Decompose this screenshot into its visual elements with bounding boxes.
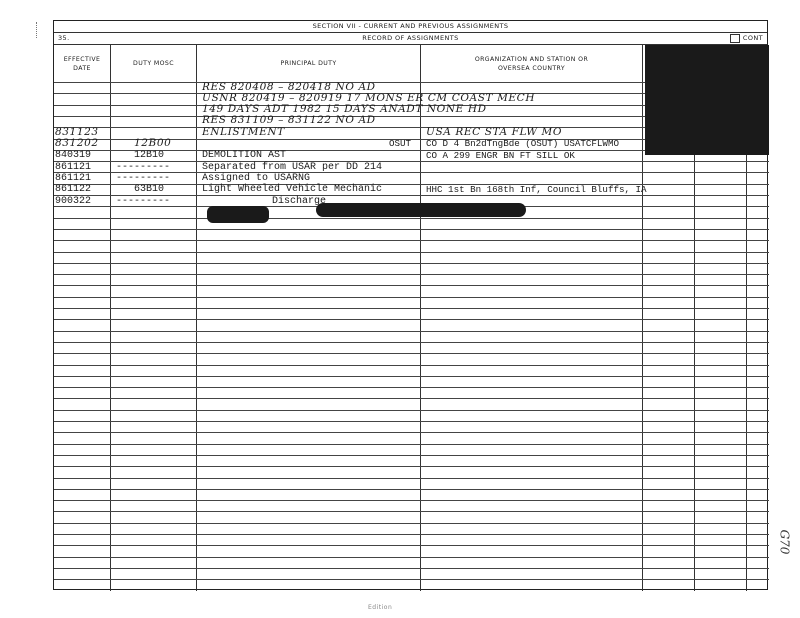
ruled-line <box>54 274 769 275</box>
ruled-line <box>54 523 769 524</box>
ruled-line <box>54 534 769 535</box>
effective-date-cell: 831202 <box>55 138 99 149</box>
redaction-bar-left <box>207 206 269 223</box>
organization-cell: USA REC STA FLW MO <box>426 127 562 138</box>
record-of-assignments-form: SECTION VII - CURRENT AND PREVIOUS ASSIG… <box>53 20 768 590</box>
redaction-bar-right <box>316 203 526 217</box>
item-number: 35. <box>58 32 70 44</box>
ruled-line <box>54 297 769 298</box>
organization-cell: CO A 299 ENGR BN FT SILL OK <box>426 150 575 161</box>
ruled-line <box>54 252 769 253</box>
duty-mosc-cell: --------- <box>116 162 170 173</box>
principal-duty-cell: Light Wheeled Vehicle Mechanic <box>202 184 382 195</box>
ruled-line <box>54 466 769 467</box>
ruled-line <box>54 285 769 286</box>
effective-date-cell: 861121 <box>55 162 91 173</box>
ruled-line <box>54 410 769 411</box>
record-header-row: RECORD OF ASSIGNMENTS 35. CONT <box>54 32 767 45</box>
ruled-line <box>54 478 769 479</box>
ruled-line <box>54 342 769 343</box>
cont-checkbox[interactable]: CONT <box>730 33 763 43</box>
duty-mosc-cell: 63B10 <box>134 184 164 195</box>
organization-cell: CO D 4 Bn2dTngBde (OSUT) USATCFLWMO <box>426 138 619 149</box>
ruled-line <box>54 511 769 512</box>
ruled-line <box>54 319 769 320</box>
principal-duty-cell: Separated from USAR per DD 214 <box>202 162 382 173</box>
header-organization: ORGANIZATION AND STATION OR OVERSEA COUN… <box>421 45 642 82</box>
ruled-line <box>54 579 769 580</box>
ruled-line <box>54 557 769 558</box>
duty-mosc-cell: 12B00 <box>134 138 171 149</box>
header-effective-date: EFFECTIVE DATE <box>54 45 110 82</box>
ruled-line <box>54 387 769 388</box>
effective-date-cell: 840319 <box>55 150 91 161</box>
redaction-block <box>645 45 769 155</box>
organization-cell: HHC 1st Bn 168th Inf, Council Bluffs, IA <box>426 184 647 195</box>
form-footer: Edition <box>368 604 392 611</box>
margin-dots <box>36 22 38 38</box>
principal-duty-cell: ENLISTMENT <box>202 127 285 138</box>
ruled-line <box>54 229 769 230</box>
effective-date-cell: 861122 <box>55 184 91 195</box>
principal-duty-cell: OSUT <box>389 138 411 149</box>
checkbox-box[interactable] <box>730 34 740 43</box>
ruled-line <box>54 365 769 366</box>
header-duty-mosc: DUTY MOSC <box>111 45 196 82</box>
effective-date-cell: 900322 <box>55 196 91 207</box>
ruled-line <box>54 398 769 399</box>
ruled-line <box>54 331 769 332</box>
cont-label: CONT <box>743 33 763 43</box>
ruled-line <box>54 500 769 501</box>
ruled-line <box>54 455 769 456</box>
ruled-line <box>54 568 769 569</box>
margin-handwritten-note: G70 <box>777 530 791 555</box>
ruled-line <box>54 489 769 490</box>
duty-mosc-cell: 12B10 <box>134 150 164 161</box>
ruled-line <box>54 421 769 422</box>
record-title: RECORD OF ASSIGNMENTS <box>54 32 767 44</box>
ruled-line <box>54 545 769 546</box>
ruled-line <box>54 240 769 241</box>
principal-duty-cell: RES 831109 – 831122 NO AD <box>202 115 376 126</box>
ruled-line <box>54 432 769 433</box>
header-principal-duty: PRINCIPAL DUTY <box>197 45 420 82</box>
duty-mosc-cell: --------- <box>116 173 170 184</box>
principal-duty-cell: DEMOLITION AST <box>202 150 286 161</box>
effective-date-cell: 861121 <box>55 173 91 184</box>
ruled-line <box>54 444 769 445</box>
ruled-line <box>54 263 769 264</box>
ruled-line <box>54 308 769 309</box>
principal-duty-cell: Assigned to USARNG <box>202 173 310 184</box>
ruled-line <box>54 376 769 377</box>
duty-mosc-cell: --------- <box>116 196 170 207</box>
ruled-line <box>54 218 769 219</box>
ruled-line <box>54 353 769 354</box>
